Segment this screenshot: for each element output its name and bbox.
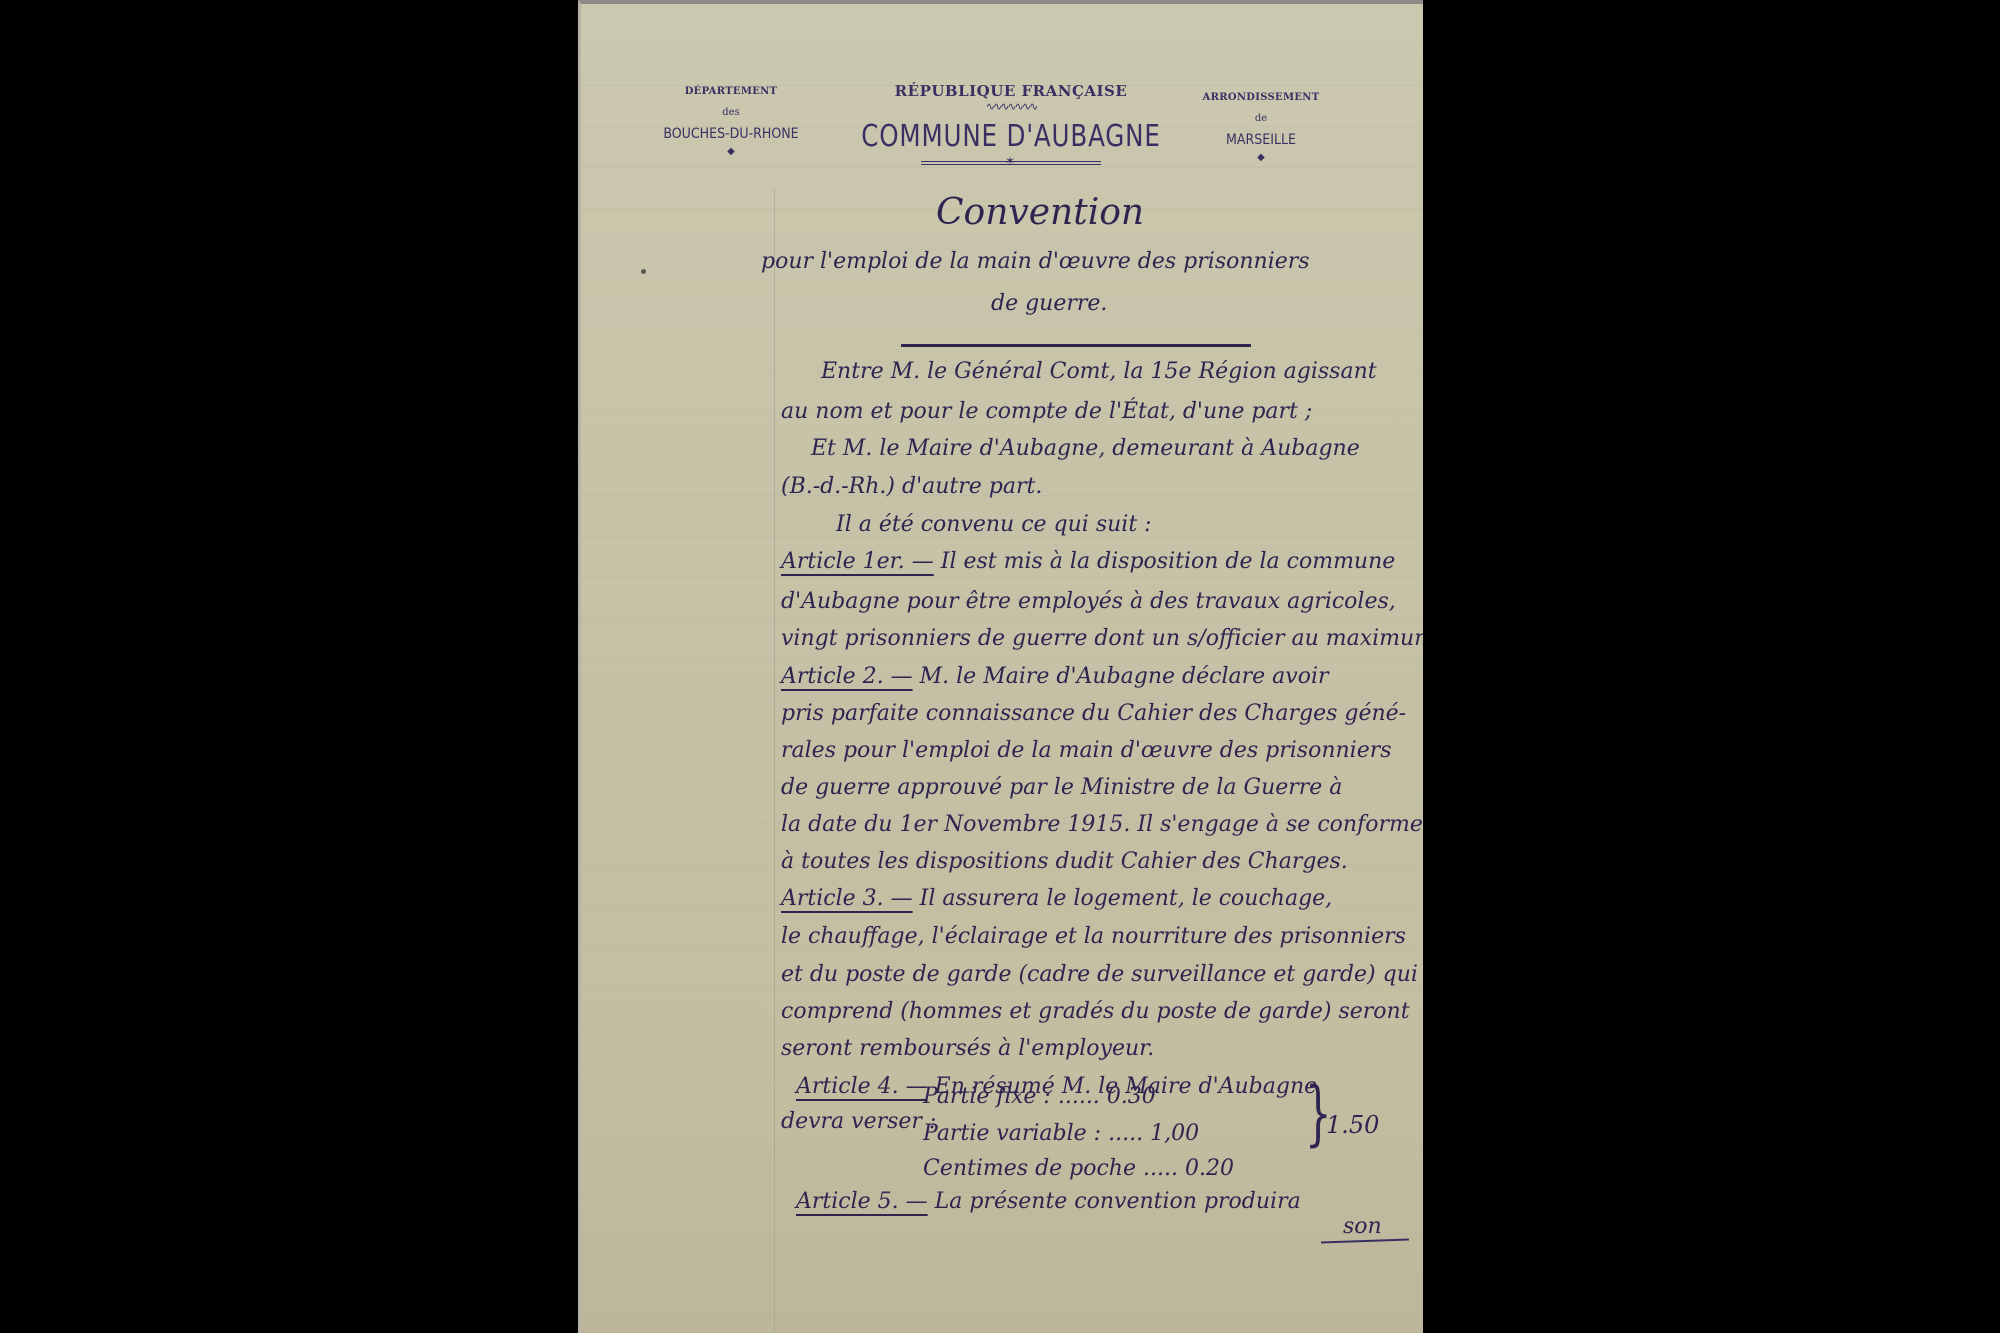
body-line: pris parfaite connaissance du Cahier des…: [781, 701, 1406, 726]
article-1: Article 1er. — Il est mis à la dispositi…: [781, 549, 1395, 574]
body-line: Et M. le Maire d'Aubagne, demeurant à Au…: [811, 436, 1360, 461]
document-subtitle-line2: de guerre.: [991, 291, 1107, 316]
republique-francaise: RÉPUBLIQUE FRANÇAISE: [791, 82, 1231, 100]
document-viewer: DÉPARTEMENT des BOUCHES-DU-RHONE ◆ RÉPUB…: [0, 0, 2000, 1333]
star-ornament-icon: ✶: [1005, 154, 1015, 168]
body-line: d'Aubagne pour être employés à des trava…: [781, 589, 1396, 614]
document-subtitle-line1: pour l'emploi de la main d'œuvre des pri…: [761, 249, 1310, 274]
payment-amount: 0.30: [1107, 1084, 1156, 1109]
article-5-text: La présente convention produira: [928, 1189, 1301, 1214]
payment-row: Centimes de poche ..... 0.20: [923, 1156, 1234, 1181]
article-5: Article 5. — La présente convention prod…: [796, 1189, 1301, 1214]
body-line: comprend (hommes et gradés du poste de g…: [781, 999, 1410, 1024]
body-line: la date du 1er Novembre 1915. Il s'engag…: [781, 812, 1423, 837]
double-rule-ornament: ✶: [921, 160, 1101, 166]
body-line: le chauffage, l'éclairage et la nourritu…: [781, 924, 1406, 949]
body-line: seront remboursés à l'employeur.: [781, 1036, 1154, 1061]
payment-dots: .....: [1143, 1156, 1178, 1181]
article-3-text: Il assurera le logement, le couchage,: [913, 886, 1333, 911]
header-commune: RÉPUBLIQUE FRANÇAISE ∿∿∿∿∿∿∿ COMMUNE D'A…: [791, 82, 1231, 166]
payment-label: Partie variable :: [923, 1121, 1101, 1146]
payment-dots: .....: [1108, 1121, 1143, 1146]
article-4-label: Article 4. —: [796, 1074, 928, 1099]
arrondissement-name: MARSEILLE: [1171, 132, 1351, 148]
payments-total: 1.50: [1326, 1111, 1379, 1139]
article-2-label: Article 2. —: [781, 664, 913, 689]
arrondissement-de: de: [1171, 113, 1351, 124]
body-line: de guerre approuvé par le Ministre de la…: [781, 775, 1342, 800]
article-3: Article 3. — Il assurera le logement, le…: [781, 886, 1332, 911]
payment-dots: ......: [1058, 1084, 1100, 1109]
body-line: Il a été convenu ce qui suit :: [836, 512, 1152, 537]
document-page: DÉPARTEMENT des BOUCHES-DU-RHONE ◆ RÉPUB…: [578, 0, 1423, 1333]
squiggle-ornament-icon: ∿∿∿∿∿∿∿: [791, 100, 1231, 113]
catchword-rule: [1321, 1238, 1409, 1243]
body-line: devra verser :: [781, 1109, 936, 1134]
payment-amount: 1,00: [1150, 1121, 1199, 1146]
header-arrondissement: ARRONDISSEMENT de MARSEILLE ◆: [1171, 92, 1351, 163]
document-title: Convention: [936, 192, 1144, 233]
margin-line: [774, 189, 775, 1333]
arrondissement-label: ARRONDISSEMENT: [1171, 92, 1351, 103]
payment-amount: 0.20: [1185, 1156, 1234, 1181]
body-line: Entre M. le Général Comt, la 15e Région …: [821, 359, 1377, 384]
payment-label: Partie fixe :: [923, 1084, 1051, 1109]
body-line: vingt prisonniers de guerre dont un s/of…: [781, 626, 1423, 651]
pin-hole: [641, 269, 646, 274]
payment-row: Partie fixe : ...... 0.30: [923, 1084, 1156, 1109]
article-2-text: M. le Maire d'Aubagne déclare avoir: [913, 664, 1329, 689]
catchword: son: [1343, 1214, 1382, 1239]
payment-label: Centimes de poche: [923, 1156, 1136, 1181]
article-1-label: Article 1er. —: [781, 549, 934, 574]
fleuron-ornament-icon: ◆: [1171, 152, 1351, 163]
article-5-label: Article 5. —: [796, 1189, 928, 1214]
body-line: à toutes les dispositions dudit Cahier d…: [781, 849, 1348, 874]
body-line: et du poste de garde (cadre de surveilla…: [781, 962, 1418, 987]
body-line: (B.-d.-Rh.) d'autre part.: [781, 474, 1042, 499]
article-3-label: Article 3. —: [781, 886, 913, 911]
body-line: au nom et pour le compte de l'État, d'un…: [781, 399, 1312, 424]
article-2: Article 2. — M. le Maire d'Aubagne décla…: [781, 664, 1329, 689]
article-1-text: Il est mis à la disposition de la commun…: [934, 549, 1396, 574]
body-line: rales pour l'emploi de la main d'œuvre d…: [781, 738, 1392, 763]
payment-row: Partie variable : ..... 1,00: [923, 1121, 1199, 1146]
title-rule: [901, 344, 1251, 347]
commune-name: COMMUNE D'AUBAGNE: [831, 119, 1192, 154]
